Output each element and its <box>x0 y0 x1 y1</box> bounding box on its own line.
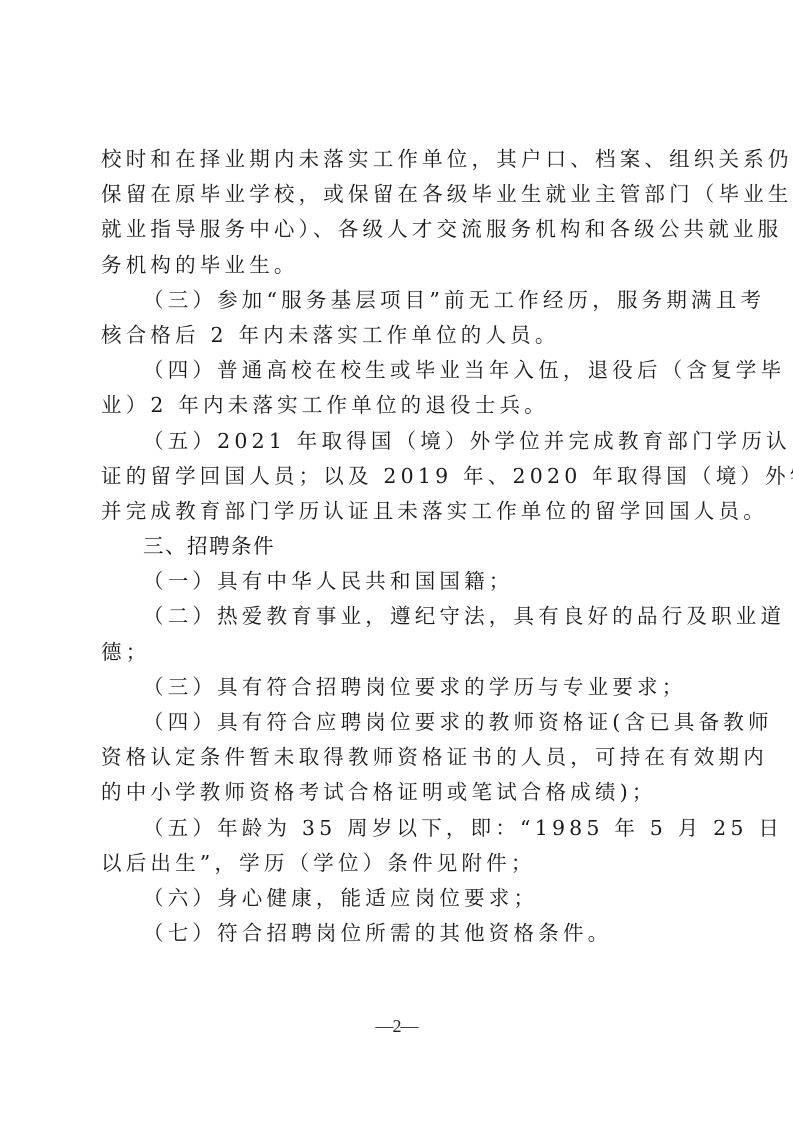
text-line: 务机构的毕业生。 <box>101 248 698 283</box>
text-line: 证的留学回国人员；以及 2019 年、2020 年取得国（境）外学位 <box>101 459 698 494</box>
condition-item-7: （七）符合招聘岗位所需的其他资格条件。 <box>101 916 698 951</box>
text-line: 的中小学教师资格考试合格证明或笔试合格成绩)； <box>101 775 698 810</box>
text-line: 校时和在择业期内未落实工作单位，其户口、档案、组织关系仍 <box>101 142 698 177</box>
text-line: 业）2 年内未落实工作单位的退役士兵。 <box>101 388 698 423</box>
section-heading: 三、招聘条件 <box>101 529 698 564</box>
text-line: 就业指导服务中心）、各级人才交流服务机构和各级公共就业服 <box>101 212 698 247</box>
condition-item-2: （二）热爱教育事业，遵纪守法，具有良好的品行及职业道 <box>101 599 698 634</box>
text-line: 以后出生”，学历（学位）条件见附件； <box>101 846 698 881</box>
document-body: 校时和在择业期内未落实工作单位，其户口、档案、组织关系仍 保留在原毕业学校，或保… <box>101 142 698 951</box>
text-line: 核合格后 2 年内未落实工作单位的人员。 <box>101 318 698 353</box>
page-number: —2— <box>0 1016 793 1037</box>
condition-item-5: （五）年龄为 35 周岁以下，即：“1985 年 5 月 25 日（含） <box>101 811 698 846</box>
list-item-5: （五）2021 年取得国（境）外学位并完成教育部门学历认 <box>101 424 698 459</box>
text-line: 资格认定条件暂未取得教师资格证书的人员，可持在有效期内 <box>101 740 698 775</box>
text-line: 保留在原毕业学校，或保留在各级毕业生就业主管部门（毕业生 <box>101 177 698 212</box>
condition-item-4: （四）具有符合应聘岗位要求的教师资格证(含已具备教师 <box>101 705 698 740</box>
list-item-3: （三）参加“服务基层项目”前无工作经历，服务期满且考 <box>101 283 698 318</box>
text-line: 并完成教育部门学历认证且未落实工作单位的留学回国人员。 <box>101 494 698 529</box>
condition-item-1: （一）具有中华人民共和国国籍； <box>101 564 698 599</box>
condition-item-6: （六）身心健康，能适应岗位要求； <box>101 881 698 916</box>
list-item-4: （四）普通高校在校生或毕业当年入伍，退役后（含复学毕 <box>101 353 698 388</box>
text-line: 德； <box>101 635 698 670</box>
condition-item-3: （三）具有符合招聘岗位要求的学历与专业要求； <box>101 670 698 705</box>
